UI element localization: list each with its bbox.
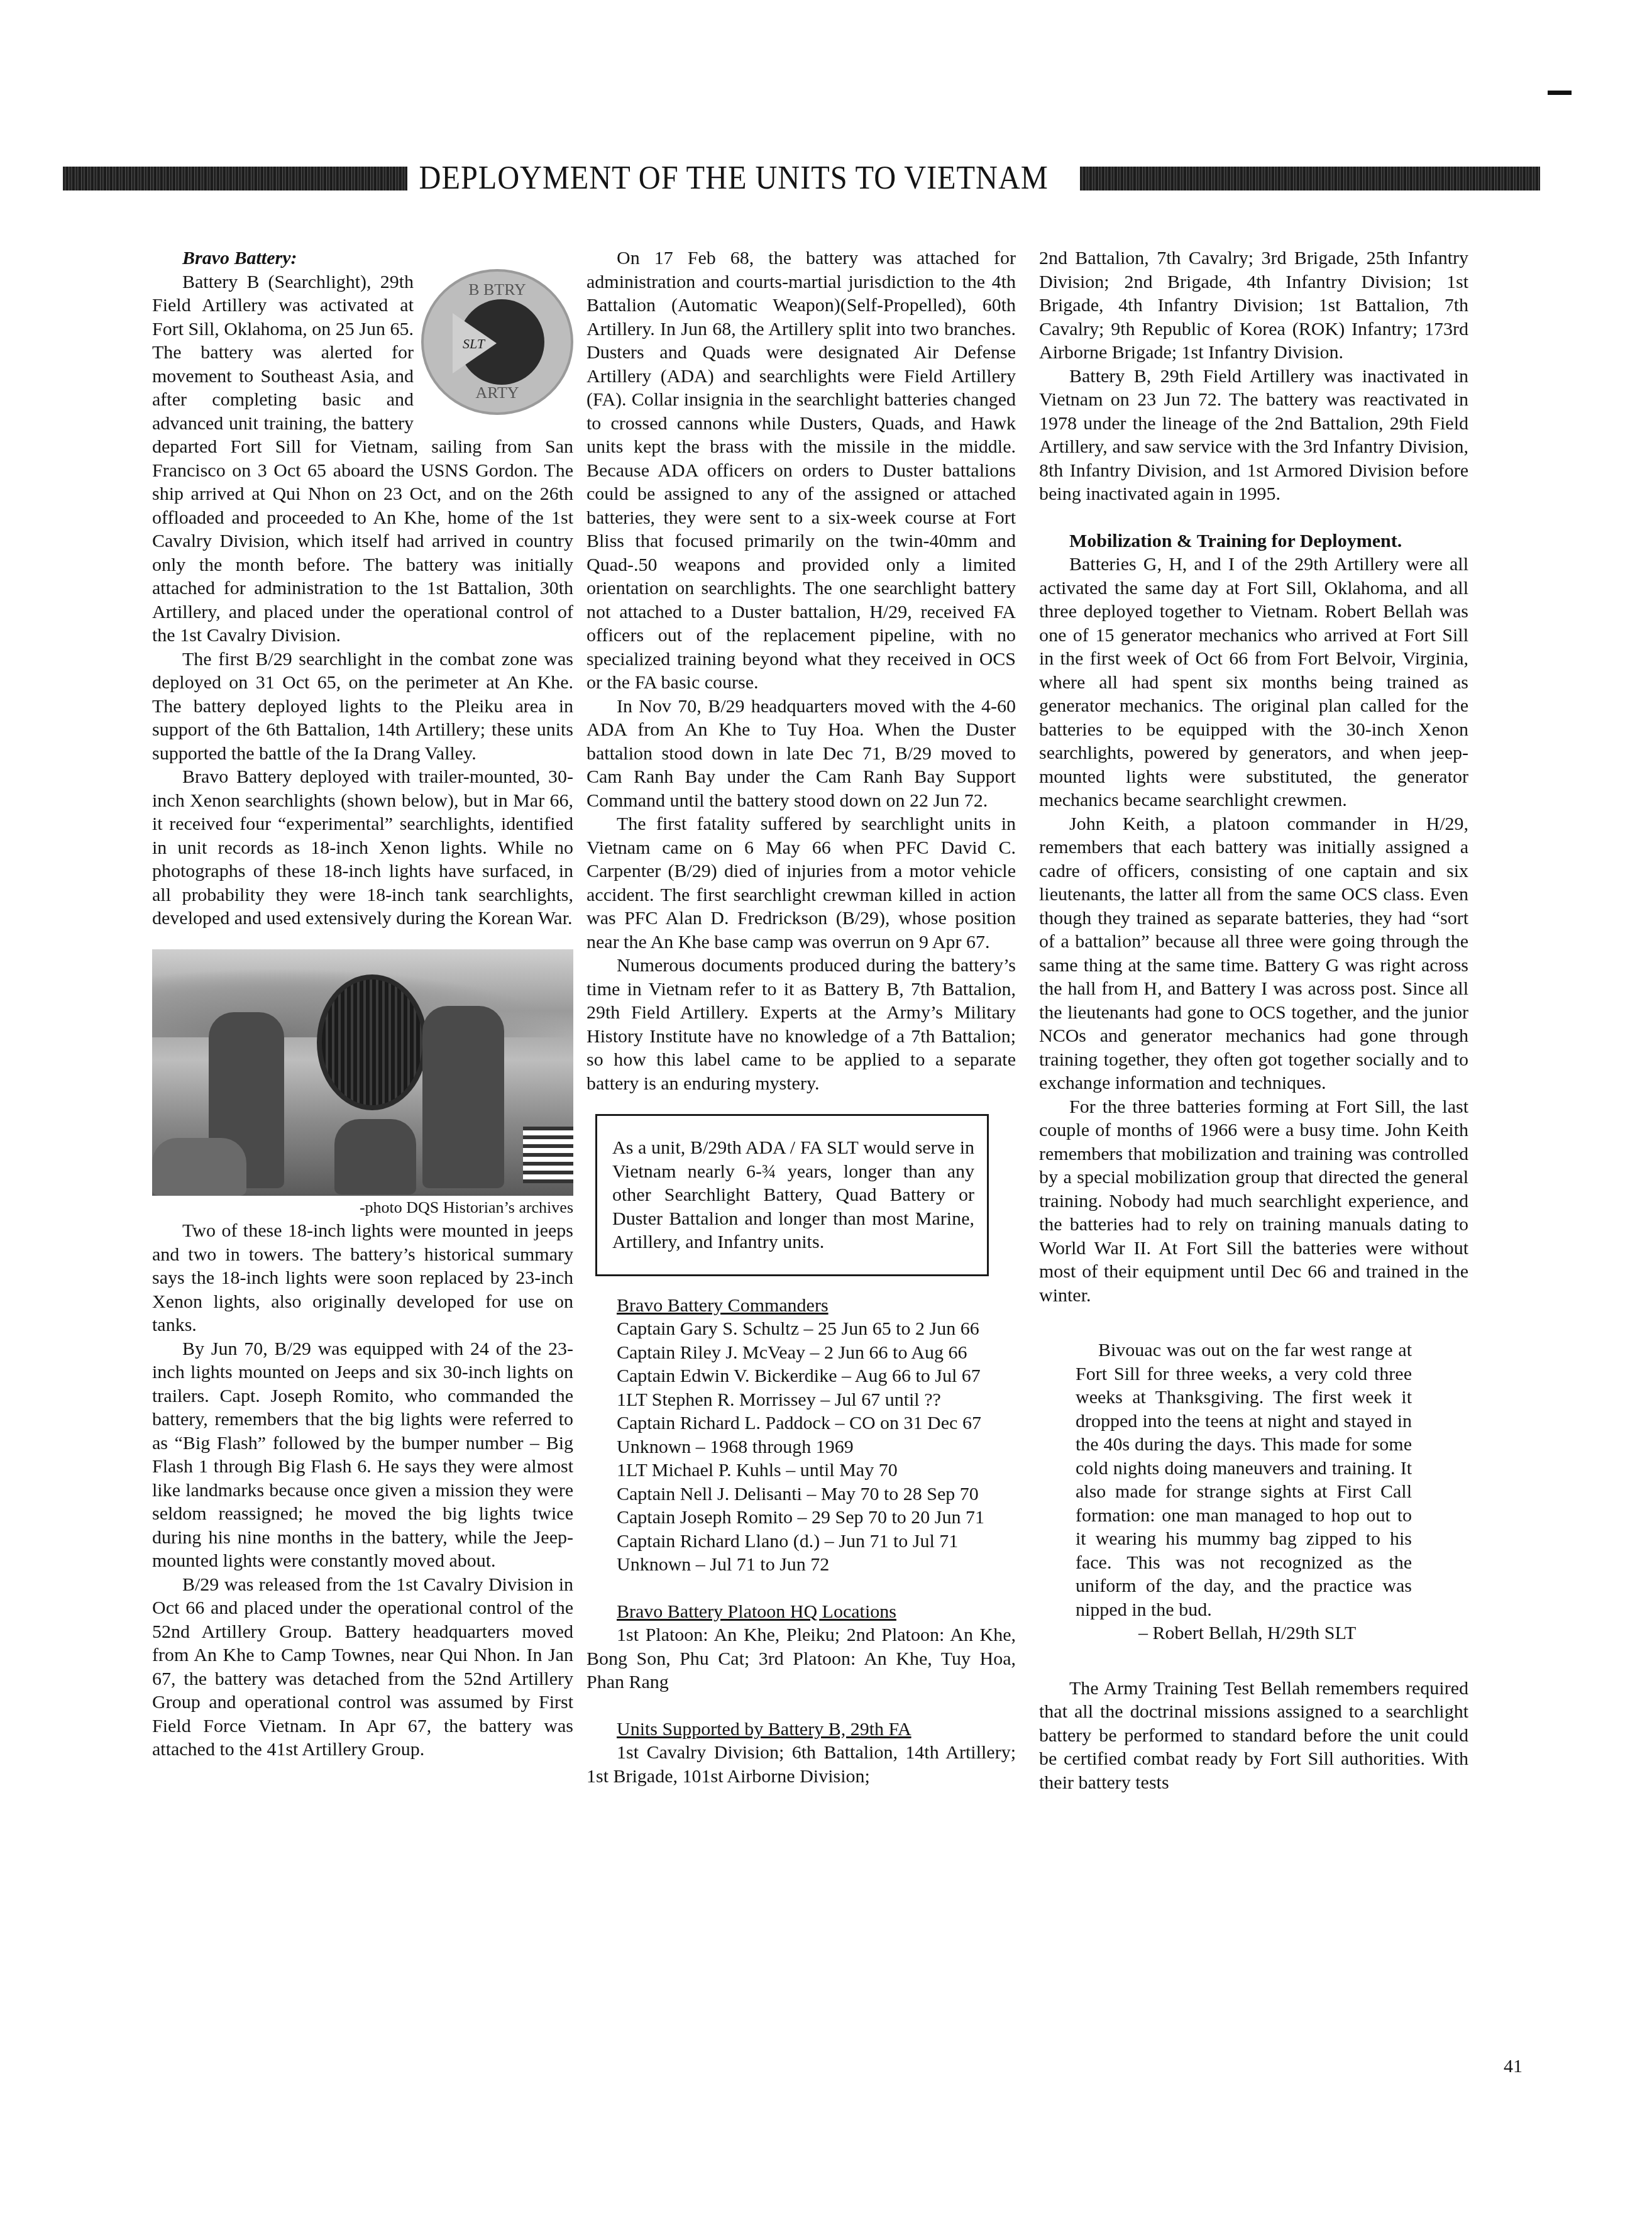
page-title: DEPLOYMENT OF THE UNITS TO VIETNAM [407,165,1057,192]
quote-block: Bivouac was out on the far west range at… [1076,1338,1412,1621]
units-supported-heading: Units Supported by Battery B, 29th FA [586,1718,1016,1741]
page-header: DEPLOYMENT OF THE UNITS TO VIETNAM [63,165,1540,192]
paragraph: Numerous documents produced during the b… [586,954,1016,1095]
paragraph: The first fatality suffered by searchlig… [586,812,1016,954]
page-number: 41 [1504,2056,1523,2077]
commanders-heading: Bravo Battery Commanders [586,1294,1016,1318]
commander-item: Captain Richard Llano (d.) – Jun 71 to J… [586,1530,1016,1553]
quote-attribution: – Robert Bellah, H/29th SLT [1108,1621,1468,1645]
paragraph: The Army Training Test Bellah remembers … [1039,1677,1468,1795]
searchlight-crew-photo [152,949,573,1196]
commander-item: Captain Richard L. Paddock – CO on 31 De… [586,1411,1016,1435]
platoon-locations-heading: Bravo Battery Platoon HQ Locations [586,1600,1016,1624]
commander-item: 1LT Michael P. Kuhls – until May 70 [586,1459,1016,1482]
patch-bottom-text: ARTY [421,381,573,405]
paragraph: Batteries G, H, and I of the 29th Artill… [1039,553,1468,812]
callout-box: As a unit, B/29th ADA / FA SLT would ser… [595,1114,989,1276]
commander-item: Captain Nell J. Delisanti – May 70 to 28… [586,1482,1016,1506]
header-bar-left [63,167,407,190]
commander-item: Unknown – Jul 71 to Jun 72 [586,1553,1016,1577]
searchlight-icon [317,974,427,1110]
section-heading-bravo-battery: Bravo Battery: [152,246,573,270]
paragraph: Bravo Battery deployed with trailer-moun… [152,765,573,930]
column-3: 2nd Battalion, 7th Cavalry; 3rd Brigade,… [1039,246,1468,1794]
paragraph: John Keith, a platoon commander in H/29,… [1039,812,1468,1095]
paragraph: In Nov 70, B/29 headquarters moved with … [586,695,1016,813]
paragraph: By Jun 70, B/29 was equipped with 24 of … [152,1337,573,1573]
paragraph: On 17 Feb 68, the battery was attached f… [586,246,1016,695]
paragraph: The first B/29 searchlight in the combat… [152,648,573,766]
commander-item: Captain Joseph Romito – 29 Sep 70 to 20 … [586,1506,1016,1530]
units-supported-text: 1st Cavalry Division; 6th Battalion, 14t… [586,1741,1016,1788]
commander-item: 1LT Stephen R. Morrissey – Jul 67 until … [586,1388,1016,1412]
paragraph: Battery B, 29th Field Artillery was inac… [1039,365,1468,506]
section-heading-mobilization: Mobilization & Training for Deployment. [1039,529,1468,553]
unit-patch-icon: B BTRY SLT ARTY [421,269,573,415]
quote-text: Bivouac was out on the far west range at… [1076,1338,1412,1621]
platoon-locations-text: 1st Platoon: An Khe, Pleiku; 2nd Platoon… [586,1623,1016,1694]
paragraph: For the three batteries forming at Fort … [1039,1095,1468,1308]
paragraph: B/29 was released from the 1st Cavalry D… [152,1573,573,1762]
patch-middle-text: SLT [463,332,485,356]
commander-item: Unknown – 1968 through 1969 [586,1435,1016,1459]
column-1: Bravo Battery: B BTRY SLT ARTY Battery B… [152,246,573,1762]
column-2: On 17 Feb 68, the battery was attached f… [586,246,1016,1788]
commander-item: Captain Riley J. McVeay – 2 Jun 66 to Au… [586,1341,1016,1365]
units-supported-continued: 2nd Battalion, 7th Cavalry; 3rd Brigade,… [1039,246,1468,365]
patch-top-text: B BTRY [421,278,573,302]
commander-item: Captain Edwin V. Bickerdike – Aug 66 to … [586,1364,1016,1388]
paragraph: Two of these 18-inch lights were mounted… [152,1219,573,1337]
header-bar-right [1080,167,1540,190]
commander-item: Captain Gary S. Schultz – 25 Jun 65 to 2… [586,1317,1016,1341]
corner-mark [1548,91,1572,95]
photo-caption: -photo DQS Historian’s archives [152,1196,573,1220]
